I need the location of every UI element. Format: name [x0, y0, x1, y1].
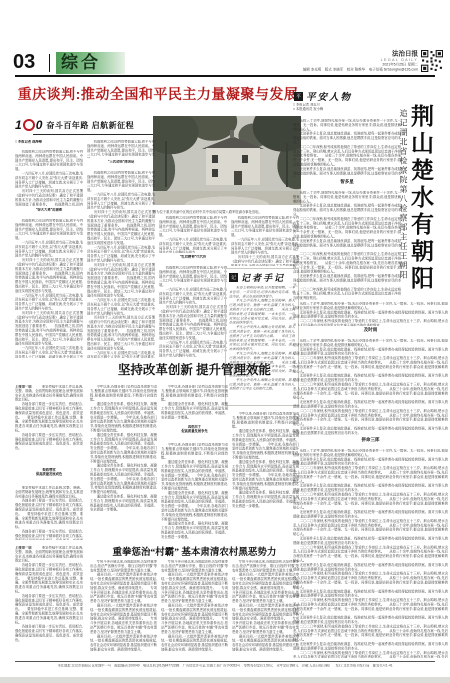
- tree-trunk: [165, 141, 167, 187]
- village-headline: 重拳惩治“村霸” 基本肃清农村黑恶势力: [90, 544, 299, 558]
- newspaper-page: 03 综合 法治日报 LEGAL DAILY 2021年5月25日 星期二 编辑…: [0, 0, 450, 683]
- page-number: 03: [13, 51, 35, 74]
- photo-caption-row: 图为位于重庆市渝中区的红岩村中共中央南方局暨八路军驻渝办事处旧址。 红岩联线文化…: [153, 206, 301, 214]
- anniversary-banner: 10 奋斗百年路 启航新征程: [15, 116, 155, 134]
- jump-from-page-one: 上接第一版: [15, 385, 35, 389]
- footer-info: 本社地址:北京市朝阳区花家地甲一号 邮政编码:100040 电话总机:(010)…: [15, 664, 435, 672]
- section-badge: 综合: [56, 52, 125, 74]
- badge-seal-icon: 平: [294, 92, 303, 101]
- article-column: 从检三十余年,他始终扎根办案一线,先后办理各类案件一千余件,无一错案、无一投诉。…: [293, 449, 448, 658]
- badge-label: 平安人物: [306, 89, 352, 103]
- photo-window: [212, 169, 218, 177]
- article-column: 从检三十余年,他始终扎根办案一线,先后办理各类案件一千余件,无一错案、无一投诉。…: [293, 339, 448, 435]
- photo-window: [242, 155, 248, 163]
- profile-subhead-1: 智多星: [293, 179, 401, 189]
- article-column: 抗战胜利之初,国内形势波谲云诡,和平与内战两种前途、两种命运摆在中国人民面前。中…: [159, 216, 227, 253]
- lead-subhead-3: “红岩精神”代代传: [159, 255, 227, 264]
- article-column: 专项斗争开展以来,各地政法机关坚持重拳出击,依法严惩横行乡里、欺压百姓的“村霸”…: [90, 560, 157, 658]
- masthead-meta: 法治日报 LEGAL DAILY 2021年5月25日 星期二 编辑 李光明 版…: [240, 48, 418, 75]
- photo-chimney: [230, 130, 234, 138]
- article-column: 专项斗争开展以来,各地政法机关坚持重拳出击,依法严惩横行乡里、欺压百姓的“村霸”…: [161, 560, 228, 658]
- article-column: 从检三十余年,他始终扎根办案一线,先后办理各类案件一千余件,无一错案、无一投诉。…: [293, 119, 401, 177]
- photo-door: [234, 171, 242, 185]
- lead-subhead-1: “弥天大勇”赴渝都: [15, 208, 83, 217]
- tree-trunk: [286, 143, 288, 188]
- article-column: 从检三十余年,他始终扎根办案一线,先后办理各类案件一千余件,无一错案、无一投诉。…: [293, 191, 401, 300]
- article-column: 抗战胜利之初,国内形势波谲云诡,和平与内战两种前途、两种命运摆在中国人民面前。中…: [87, 140, 155, 158]
- page-bottom-edge: [0, 677, 450, 683]
- qr-code-icon: [421, 50, 443, 72]
- article-photo: [153, 116, 301, 205]
- article-column: 从检三十余年,他始终扎根办案一线,先后办理各类案件一千余件,无一错案、无一投诉。…: [293, 302, 448, 326]
- reporter-note-title: 记者手记: [241, 271, 285, 284]
- masthead-name: 法治日报: [240, 48, 418, 58]
- photo-ground: [153, 191, 301, 205]
- banner-zero: 0: [36, 118, 43, 132]
- article-column: 抗战胜利之初,国内形势波谲云诡,和平与内战两种前途、两种命运摆在中国人民面前。中…: [15, 150, 83, 206]
- footer-rule: [15, 661, 435, 662]
- continued-text: 要坚持稳中求进工作总基调,完整、准确、全面贯彻新发展理念,统筹发展和安全,扎实推…: [15, 546, 83, 642]
- article-column: 今年以来,各地各部门坚持以改革创新为动力,聚焦重点领域和关键环节,持续优化管理流…: [161, 385, 228, 423]
- photo-caption: 图为位于重庆市渝中区的红岩村中共中央南方局暨八路军驻渝办事处旧址。: [153, 210, 262, 214]
- banner-logo-icon: 1: [15, 118, 22, 132]
- reporter-note-box: 记 记者手记 采访王朝阳的事迹,记者数度哽咽。一本本卷宗、一页页笔记,记录着他对…: [225, 268, 299, 406]
- lead-byline: □ 本报记者 战海峰: [15, 140, 83, 149]
- lead-headline: 重庆谈判:推动全国和平民主力量凝聚与发展: [14, 84, 302, 104]
- header-divider: [49, 54, 50, 72]
- banner-ring-icon: [23, 119, 35, 131]
- banner-text: 奋斗百年路 启航新征程: [46, 120, 134, 131]
- photo-house-wall: [206, 148, 259, 185]
- banner-underline: [33, 134, 153, 135]
- continued-text: 要坚持稳中求进工作总基调,完整、准确、全面贯彻新发展理念,统筹发展和安全,扎实推…: [15, 385, 83, 450]
- jump-from-page-one: 上接第一版: [15, 546, 35, 550]
- article-column: 今年以来,各地各部门坚持以改革创新为动力,聚焦重点领域和关键环节,持续优化管理流…: [90, 385, 157, 540]
- continuation-subhead: 提质增效 保高质量发展成色: [15, 468, 83, 484]
- reform-headline: 坚持改革创新 提升管理效能: [90, 360, 299, 378]
- reporter-note-body: 采访王朝阳的事迹,记者数度哽咽。一本本卷宗、一页页笔记,记录着他对党忠诚、司法为…: [229, 286, 295, 401]
- profile-vertical-title: 荆山楚水有朝阳: [409, 104, 437, 304]
- article-column: 抗战胜利之初,国内形势波谲云诡,和平与内战两种前途、两种命运摆在中国人民面前。中…: [231, 216, 299, 266]
- reform-subhead: 真抓实干 促高质量发展争先: [161, 425, 228, 441]
- article-column: 抗战胜利之初,国内形势波谲云诡,和平与内战两种前途、两种命运摆在中国人民面前。中…: [15, 219, 83, 358]
- header-rule: [15, 75, 435, 77]
- continued-article: 上接第一版 要坚持稳中求进工作总基调,完整、准确、全面贯彻新发展理念,统筹发展和…: [15, 546, 83, 658]
- masthead-credits: 编辑 李光明 版式 李晓军 校对 陈维华 电子信箱 fzrbzonghe@126…: [240, 67, 418, 72]
- article-column: 专项斗争开展以来,各地政法机关坚持重拳出击,依法严惩横行乡里、欺压百姓的“村霸”…: [232, 560, 299, 658]
- profile-bylines: □ 本报记者 刘志月 □ 本报通讯员 祝小梅: [293, 103, 401, 118]
- reporter-note-header: 记 记者手记: [229, 271, 295, 284]
- lead-subhead-2: “三次会晤”商国是: [87, 160, 155, 169]
- continued-article: 上接第一版 要坚持稳中求进工作总基调,完整、准确、全面贯彻新发展理念,统筹发展和…: [15, 385, 83, 466]
- article-column: 抗战胜利之初,国内形势波谲云诡,和平与内战两种前途、两种命运摆在中国人民面前。中…: [159, 266, 227, 358]
- photo-window: [212, 155, 218, 163]
- article-column: 今年以来,各地各部门坚持以改革创新为动力,聚焦重点领域和关键环节,持续优化管理流…: [161, 443, 228, 540]
- note-seal-icon: 记: [229, 273, 238, 282]
- article-column: 抗战胜利之初,国内形势波谲云诡,和平与内战两种前途、两种命运摆在中国人民面前。中…: [87, 171, 155, 358]
- article-column: 今年以来,各地各部门坚持以改革创新为动力,聚焦重点领域和关键环节,持续优化管理流…: [232, 412, 299, 540]
- continued-article: 要坚持稳中求进工作总基调,完整、准确、全面贯彻新发展理念,统筹发展和安全,扎实推…: [15, 486, 83, 540]
- safety-figure-badge: 平 平安人物: [294, 89, 352, 103]
- profile-subhead-2: 及时雨: [293, 327, 448, 337]
- profile-subhead-3: 拼命三郎: [293, 437, 448, 447]
